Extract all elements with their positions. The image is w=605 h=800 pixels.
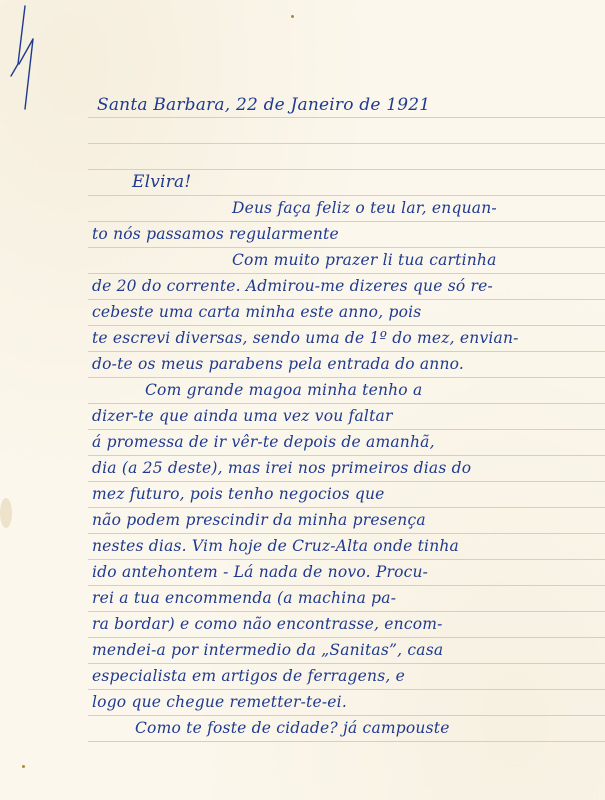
letter-line: Deus faça feliz o teu lar, enquan- [232, 199, 497, 217]
letter-line: Como te foste de cidade? já campouste [135, 719, 450, 737]
letter-line: do-te os meus parabens pela entrada do a… [92, 355, 464, 373]
letter-line: cebeste uma carta minha este anno, pois [92, 303, 421, 321]
salutation: Elvira! [132, 172, 191, 192]
letter-line: te escrevi diversas, sendo uma de 1º do … [92, 329, 519, 347]
letter-line: to nós passamos regularmente [92, 225, 339, 243]
letter-line: de 20 do corrente. Admirou-me dizeres qu… [92, 277, 493, 295]
page-number-mark [8, 4, 42, 114]
letter-line: logo que chegue remetter-te-ei. [92, 693, 347, 711]
paper-speck [291, 15, 294, 18]
place-and-date: Santa Barbara, 22 de Janeiro de 1921 [97, 95, 430, 115]
letter-line: rei a tua encommenda (a machina pa- [92, 589, 396, 607]
letter-line: ido antehontem - Lá nada de novo. Procu- [92, 563, 428, 581]
letter-page: Santa Barbara, 22 de Janeiro de 1921 Elv… [0, 0, 605, 800]
letter-line: mendei-a por intermedio da „Sanitas”, ca… [92, 641, 443, 659]
letter-line: mez futuro, pois tenho negocios que [92, 485, 385, 503]
letter-line: dia (a 25 deste), mas irei nos primeiros… [92, 459, 471, 477]
letter-line: nestes dias. Vim hoje de Cruz-Alta onde … [92, 537, 459, 555]
letter-line: dizer-te que ainda uma vez vou faltar [92, 407, 393, 425]
letter-line: Com muito prazer li tua cartinha [232, 251, 497, 269]
letter-line: ra bordar) e como não encontrasse, encom… [92, 615, 443, 633]
paper-stain [0, 498, 12, 528]
letter-line: especialista em artigos de ferragens, e [92, 667, 405, 685]
letter-line: á promessa de ir vêr-te depois de amanhã… [92, 433, 435, 451]
letter-line: Com grande magoa minha tenho a [145, 381, 422, 399]
paper-speck [22, 765, 25, 768]
letter-line: não podem prescindir da minha presença [92, 511, 426, 529]
